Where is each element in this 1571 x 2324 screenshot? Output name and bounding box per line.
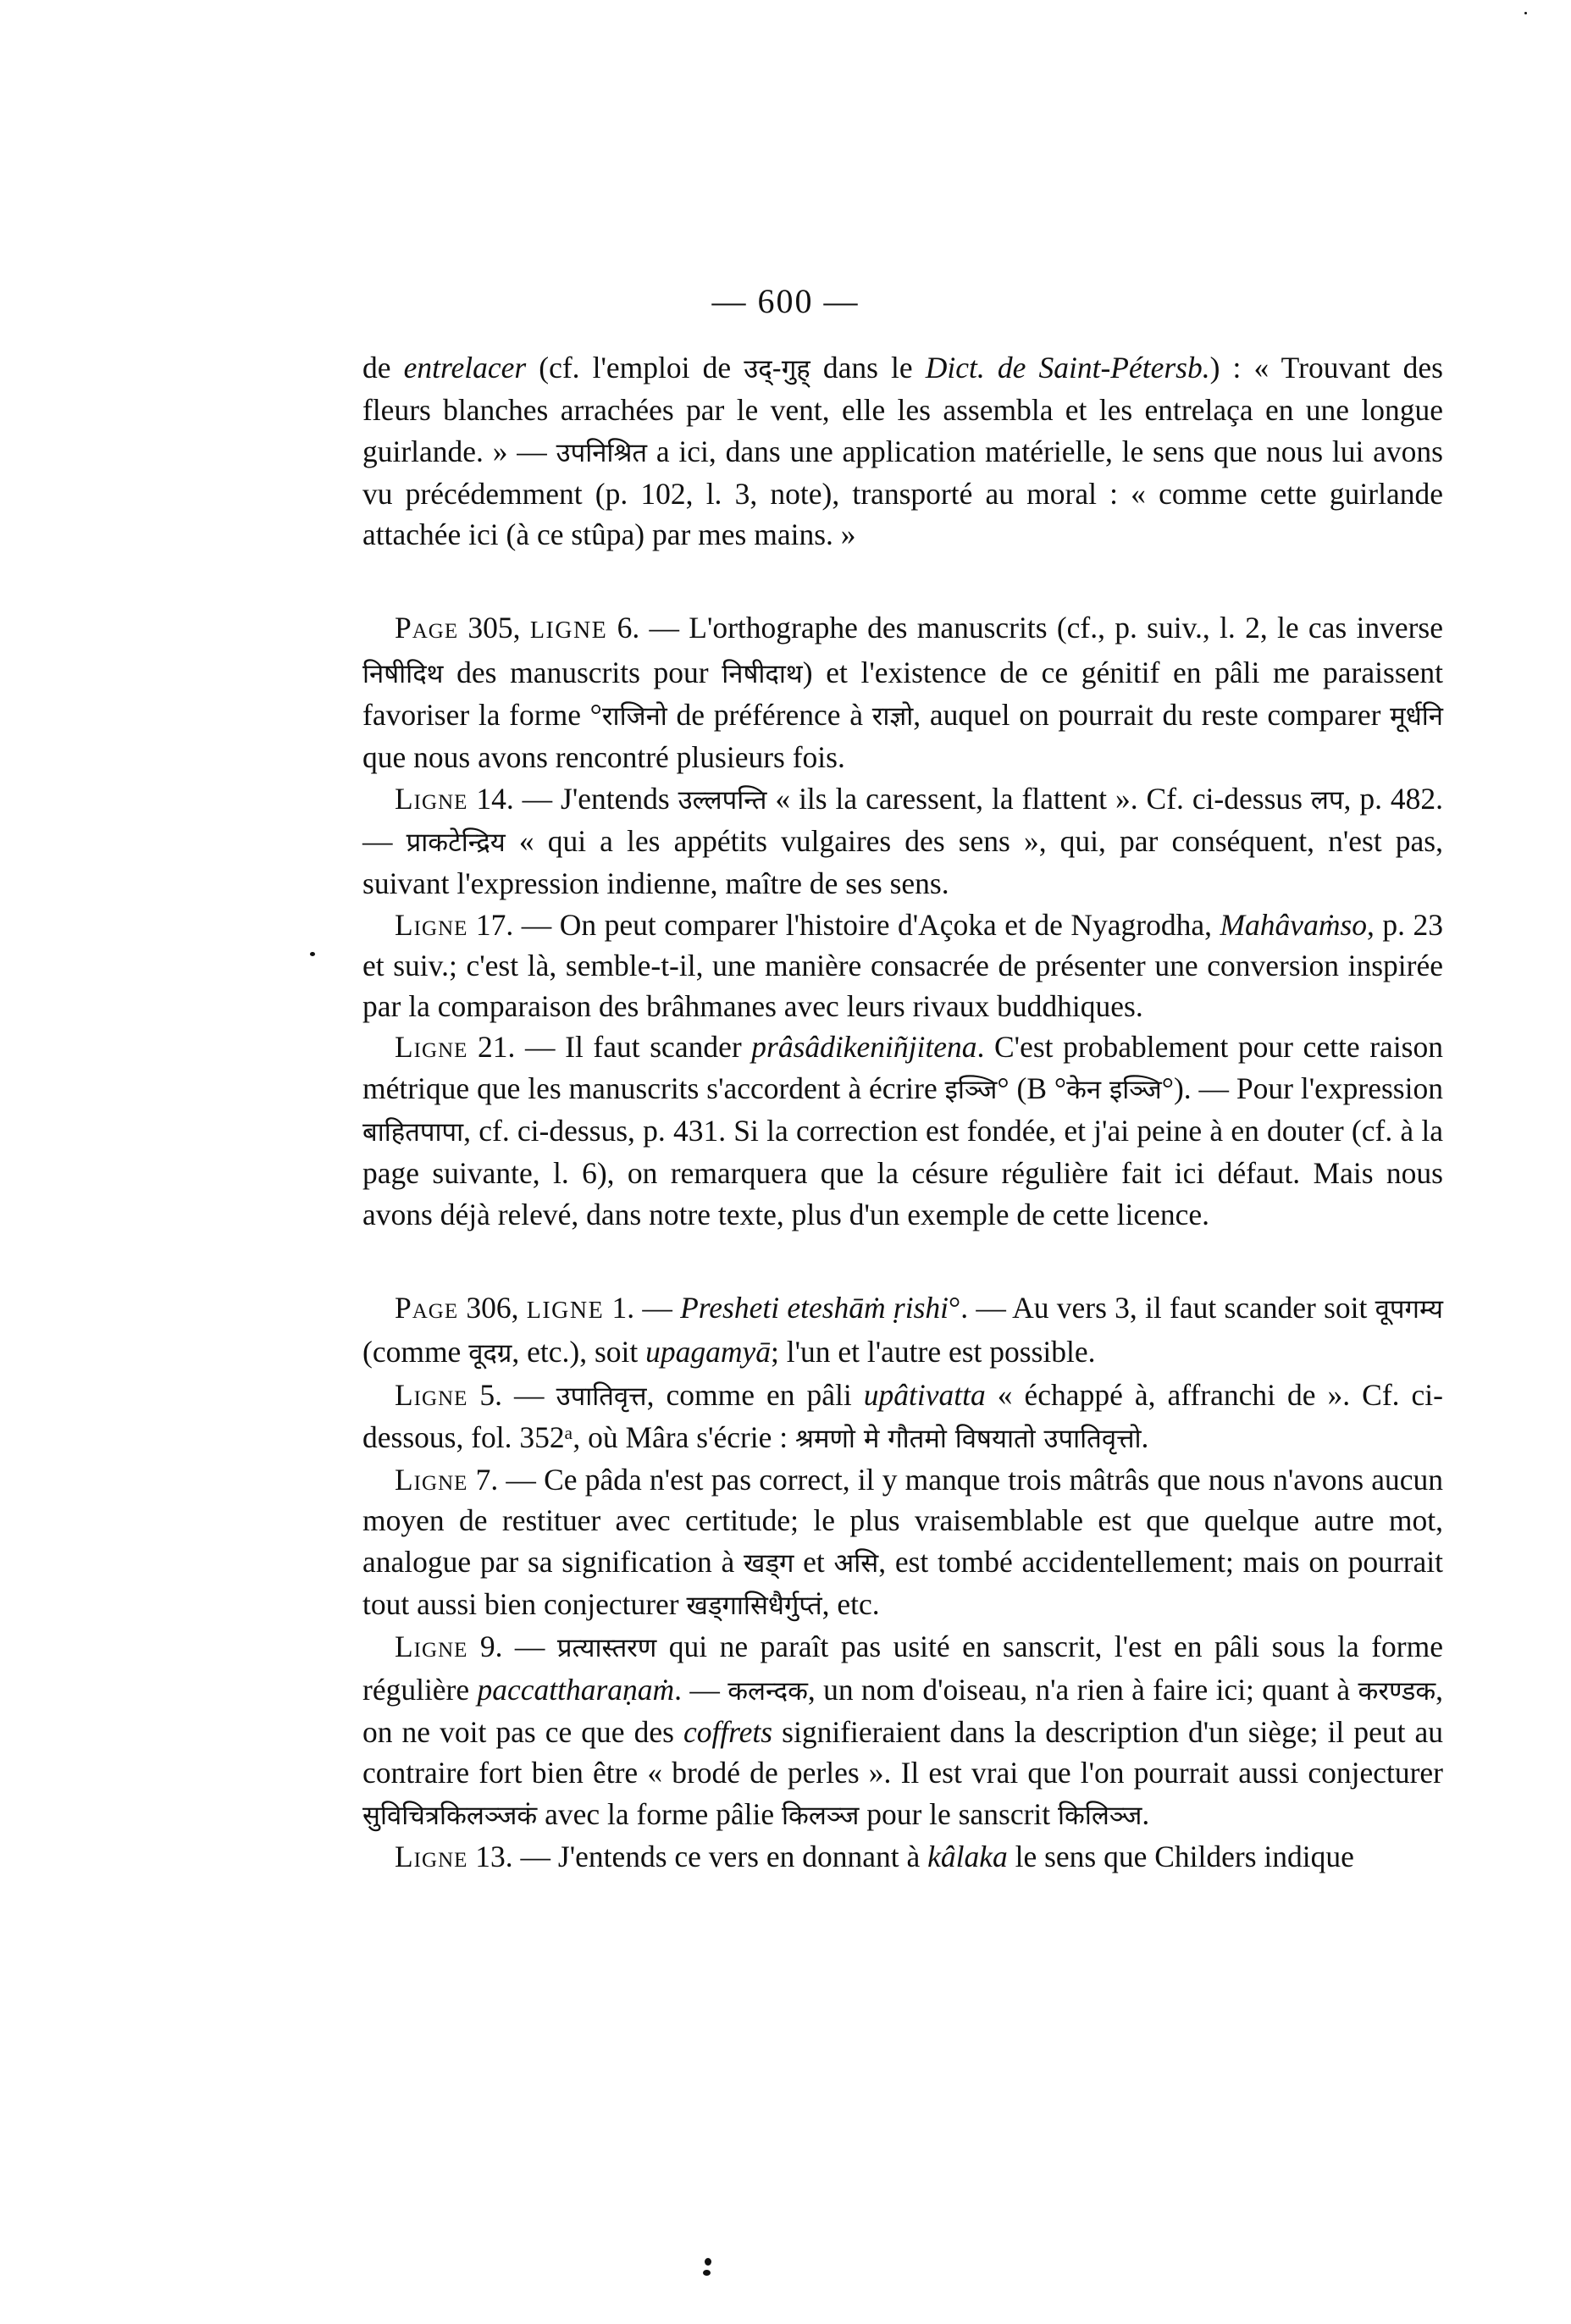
scanned-page: — 600 — de entrelacer (cf. l'emploi de उ… <box>0 0 1571 2324</box>
note-line-17: Ligne 17. — On peut comparer l'histoire … <box>362 905 1443 1027</box>
devanagari-term: उपनिश्रित <box>556 438 647 468</box>
devanagari-term: श्रमणो मे गौतमो विषयातो उपातिवृत्तो <box>795 1424 1142 1454</box>
devanagari-term: किलञ्ज <box>782 1801 859 1831</box>
devanagari-term: बाहितपापा <box>362 1117 463 1148</box>
text-run: que nous avons rencontré plusieurs fois. <box>362 740 845 774</box>
line-label: ligne <box>530 617 607 644</box>
devanagari-term: उल्लपन्ति <box>678 785 767 816</box>
note-line-7: Ligne 7. — Ce pâda n'est pas correct, il… <box>362 1459 1443 1626</box>
devanagari-term: खड्गासिधैर्गुप्तं <box>687 1591 822 1621</box>
page-number: — 600 — <box>0 281 1571 321</box>
italic-term: coffrets <box>683 1715 772 1749</box>
line-label: ligne <box>527 1298 604 1324</box>
scan-speck <box>310 952 315 956</box>
text-run: , auquel on pourrait du reste comparer <box>913 698 1390 732</box>
devanagari-term: प्राकटेन्द्रिय <box>407 827 506 858</box>
note-page-305-line-6: Page 305, ligne 6. — L'orthographe des m… <box>362 607 1443 777</box>
text-run: 5. — <box>467 1378 556 1412</box>
devanagari-term: कलन्दक <box>727 1676 808 1707</box>
text-run: , etc.), soit <box>512 1335 645 1369</box>
text-run: (cf. l'emploi de <box>526 351 744 385</box>
devanagari-term: इञ्जि <box>945 1075 998 1105</box>
section-label: Ligne <box>395 1463 467 1497</box>
italic-term: entrelacer <box>404 351 527 385</box>
text-run: , etc. <box>822 1587 880 1621</box>
section-label: Ligne <box>395 908 467 942</box>
section-label: Ligne <box>395 1378 467 1412</box>
italic-term: Presheti eteshāṁ ṛishi <box>680 1291 949 1325</box>
devanagari-term: असि <box>834 1548 879 1579</box>
section-label: Ligne <box>395 1840 467 1873</box>
text-run: . <box>1142 1797 1149 1831</box>
devanagari-term: करण्डक <box>1358 1676 1436 1707</box>
devanagari-term: सुविचित्रकिलञ्जकं <box>362 1801 537 1831</box>
text-run: 1. — <box>604 1291 680 1325</box>
devanagari-term: मूर्धनि <box>1390 701 1443 732</box>
scan-speck <box>1524 12 1527 14</box>
text-run: des manuscrits pour <box>443 656 722 689</box>
text-run: 305, <box>458 611 530 645</box>
note-line-21: Ligne 21. — Il faut scander prâsâdikeniñ… <box>362 1026 1443 1234</box>
note-line-9: Ligne 9. — प्रत्यास्तरण qui ne paraît pa… <box>362 1626 1443 1835</box>
paragraph-continuation: de entrelacer (cf. l'emploi de उद्-गुह् … <box>362 347 1443 555</box>
section-label: Ligne <box>395 1030 467 1064</box>
text-run: 13. — J'entends ce vers en donnant à <box>467 1840 927 1873</box>
text-run: 14. — J'entends <box>467 782 678 816</box>
text-run: 306, <box>458 1291 527 1325</box>
commentary-text: de entrelacer (cf. l'emploi de उद्-गुह् … <box>362 347 1443 1877</box>
text-run: 6. — L'orthographe des manuscrits (cf., … <box>607 611 1443 645</box>
devanagari-term: वूपगम्य <box>1375 1294 1443 1325</box>
text-run: ; l'un et l'autre est possible. <box>771 1335 1096 1369</box>
devanagari-term: निषीदिथ <box>362 659 443 689</box>
section-label: Page <box>395 611 458 645</box>
note-page-306-line-1: Page 306, ligne 1. — Presheti eteshāṁ ṛi… <box>362 1287 1443 1375</box>
text-run: dans le <box>810 351 926 385</box>
section-label: Ligne <box>395 782 467 816</box>
devanagari-term: वूदग्र <box>468 1338 512 1369</box>
note-line-13: Ligne 13. — J'entends ce vers en donnant… <box>362 1836 1443 1877</box>
note-line-14: Ligne 14. — J'entends उल्लपन्ति « ils la… <box>362 778 1443 905</box>
italic-term: upagamyā <box>645 1335 771 1369</box>
devanagari-term: लप <box>1311 785 1344 816</box>
devanagari-term: राज्ञो <box>872 701 914 732</box>
text-run: ° (B ° <box>997 1071 1066 1105</box>
devanagari-term: किलिञ्ज <box>1058 1801 1142 1831</box>
devanagari-term: खड्ग <box>744 1548 794 1579</box>
devanagari-term: केन इञ्जि <box>1066 1075 1162 1105</box>
text-run: °. — Au vers 3, il faut scander soit <box>949 1291 1375 1325</box>
scan-speck <box>705 2258 711 2266</box>
text-run: 9. — <box>467 1630 556 1663</box>
text-run: avec la forme pâlie <box>537 1797 782 1831</box>
italic-term: prâsâdikeniñjitena <box>751 1030 976 1064</box>
text-run: et <box>794 1545 833 1579</box>
devanagari-term: उपातिवृत्त <box>556 1381 647 1412</box>
devanagari-term: उद्-गुह् <box>744 354 810 385</box>
italic-term: kâlaka <box>927 1840 1008 1873</box>
section-label: Ligne <box>395 1630 467 1663</box>
text-run: °). — Pour l'expression <box>1162 1071 1443 1105</box>
text-run: « qui a les appétits vulgaires des sens … <box>362 824 1443 900</box>
devanagari-term: निषीदाथ <box>722 659 802 689</box>
text-run: 17. — On peut comparer l'histoire d'Açok… <box>467 908 1220 942</box>
text-run: le sens que Childers indique <box>1008 1840 1354 1873</box>
italic-term: paccattharaṇaṁ <box>477 1673 674 1707</box>
italic-term: Mahâvaṁso <box>1220 908 1367 942</box>
devanagari-term: प्रत्यास्तरण <box>557 1633 656 1663</box>
text-run: , un nom d'oiseau, n'a rien à faire ici;… <box>808 1673 1358 1707</box>
italic-term: Dict. de Saint-Pétersb. <box>926 351 1210 385</box>
note-line-5: Ligne 5. — उपातिवृत्त, comme en pâli upâ… <box>362 1375 1443 1460</box>
text-run: 21. — Il faut scander <box>467 1030 751 1064</box>
text-run: , cf. ci-dessus, p. 431. Si la correctio… <box>362 1114 1443 1231</box>
scan-speck <box>703 2270 711 2276</box>
text-run: de préférence à <box>667 698 872 732</box>
text-run: pour le sanscrit <box>859 1797 1058 1831</box>
devanagari-term: राजिनो <box>602 701 667 732</box>
section-label: Page <box>395 1291 458 1325</box>
text-run: de <box>362 351 404 385</box>
text-run: « ils la caressent, la flattent ». Cf. c… <box>766 782 1310 816</box>
text-run: (comme <box>362 1335 468 1369</box>
text-run: . — <box>674 1673 727 1707</box>
italic-term: upâtivatta <box>864 1378 986 1412</box>
text-run: . <box>1142 1420 1149 1454</box>
text-run: , comme en pâli <box>647 1378 864 1412</box>
